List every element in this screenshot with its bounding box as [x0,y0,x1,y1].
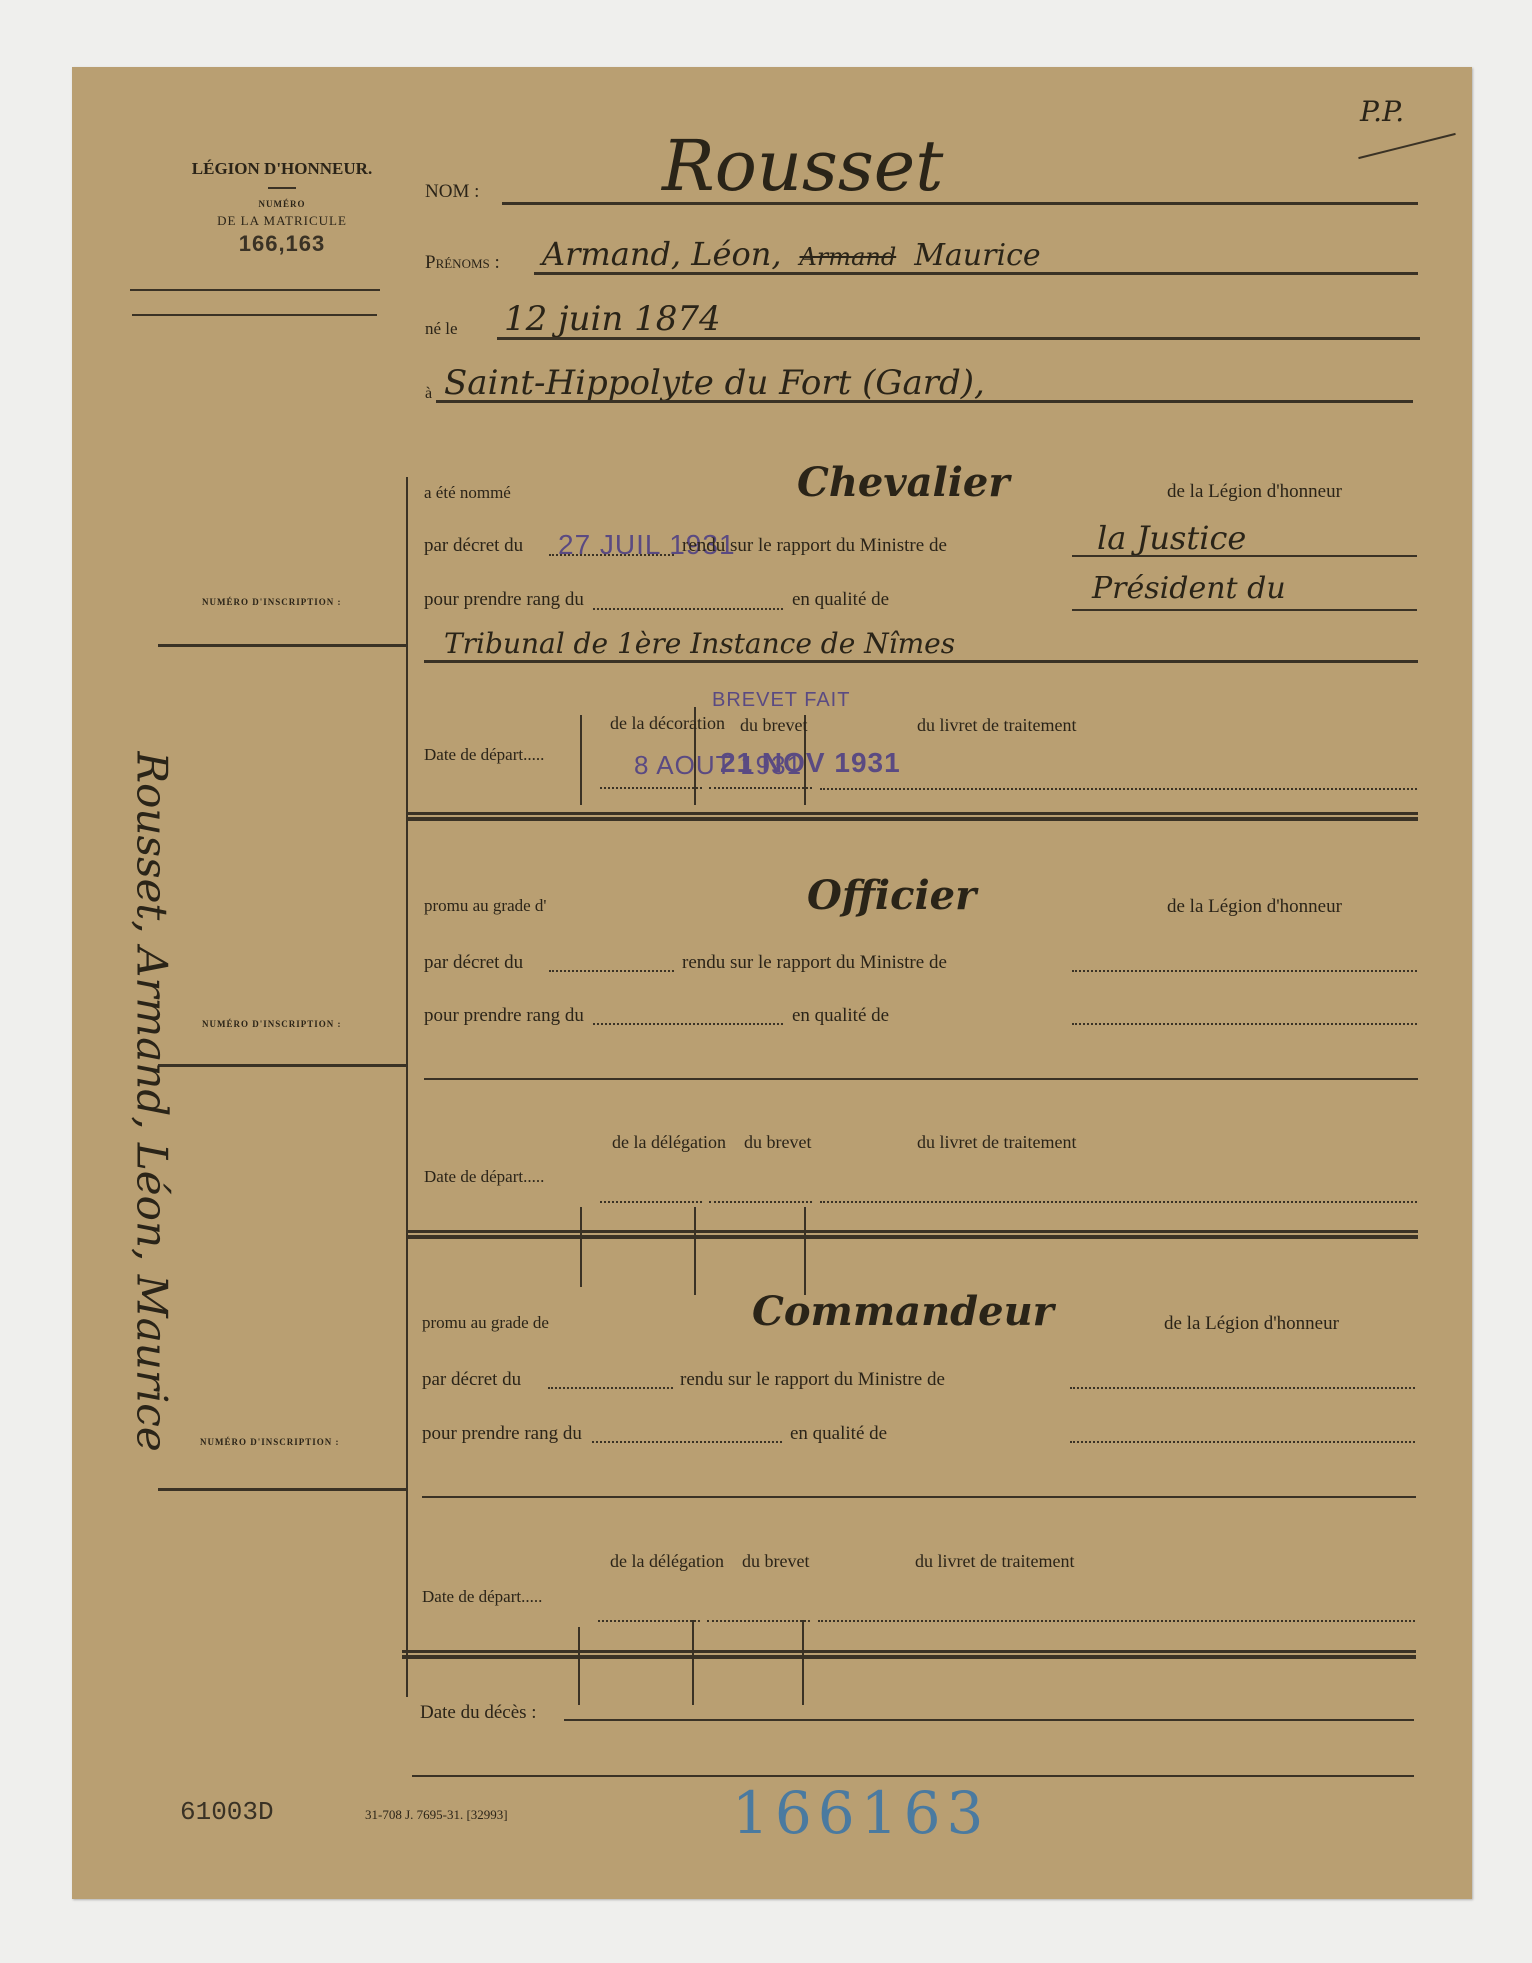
ne-le-label: né le [425,319,458,339]
officier-intro: promu au grade d' [424,896,547,916]
commandeur-col-sep-3 [802,1620,804,1705]
officier-rapport-label: rendu sur le rapport du Ministre de [682,952,947,974]
commandeur-depart-label: Date de départ..... [422,1587,542,1607]
handwritten-number: 166163 [732,1779,989,1847]
lieu-line [436,400,1413,403]
chevalier-col1-label: de la décoration [610,713,725,734]
chevalier-col2-label: du brevet [740,715,807,736]
commandeur-decret-line [548,1387,673,1389]
chevalier-qualite-label: en qualité de [792,589,889,611]
left-section-divider [406,477,408,1697]
bottom-code: 61003D [180,1797,274,1827]
commandeur-grade: Commandeur [752,1288,1054,1335]
prenoms-struck: Armand [800,243,897,271]
commandeur-rapport-line [1070,1387,1415,1389]
commandeur-col2-line [707,1620,810,1622]
chevalier-decret-label: par décret du [424,535,523,557]
prenoms-values: Armand, Léon, Armand Maurice [542,235,1041,273]
chevalier-rang-line [593,608,783,610]
inscription-line-2 [158,1064,408,1067]
chevalier-col2-stamp: BREVET FAIT [712,689,850,712]
inscription-line-3 [158,1488,408,1491]
chevalier-grade: Chevalier [797,459,1009,506]
prenoms-value-2: Maurice [914,238,1040,273]
ne-le-line [497,337,1420,340]
officier-col-sep-1 [580,1207,582,1287]
numero-label: NUMÉRO [132,199,432,209]
commandeur-col2-label: du brevet [742,1551,809,1572]
chevalier-qualite-value: Président du [1092,571,1286,606]
commandeur-qualite-label: en qualité de [790,1423,887,1445]
officier-qualite-label: en qualité de [792,1005,889,1027]
section-divider-1 [406,812,1418,821]
chevalier-rapport-value: la Justice [1097,519,1246,557]
inscription-label-3: NUMÉRO D'INSCRIPTION : [200,1437,340,1447]
chevalier-qualite-line [1072,609,1417,611]
vertical-name: Rousset, Armand, Léon, Maurice [128,752,177,1752]
officier-col3-line [820,1201,1417,1203]
corner-initials: P.P. [1360,95,1404,128]
chevalier-col-sep-1 [580,715,582,805]
lieu-label: à [425,385,432,403]
inscription-line-1 [158,644,408,647]
commandeur-rang-line [592,1441,782,1443]
commandeur-suffix: de la Légion d'honneur [1164,1313,1339,1335]
commandeur-col1-line [598,1620,700,1622]
officier-rang-line [593,1023,783,1025]
inscription-label-2: NUMÉRO D'INSCRIPTION : [202,1019,342,1029]
initials-underline [1358,133,1456,159]
nom-value: Rousset [662,125,943,207]
title-dash [268,187,296,189]
commandeur-intro: promu au grade de [422,1313,549,1333]
matricule-value: 166,163 [132,231,432,257]
officier-col2-line [709,1201,812,1203]
chevalier-rang-label: pour prendre rang du [424,589,584,611]
chevalier-extra-line [424,660,1418,663]
chevalier-depart-label: Date de départ..... [424,745,544,765]
officier-rang-label: pour prendre rang du [424,1005,584,1027]
officier-col1-line [600,1201,702,1203]
officier-col3-label: du livret de traitement [917,1132,1076,1153]
matricule-flourish [132,314,377,316]
prenoms-label: Prénoms : [425,252,500,274]
commandeur-col3-line [818,1620,1415,1622]
officier-col-sep-2 [694,1207,696,1295]
officier-col1-label: de la délégation [612,1132,726,1153]
officier-depart-label: Date de départ..... [424,1167,544,1187]
officier-decret-label: par décret du [424,952,523,974]
deces-line [564,1719,1414,1721]
commandeur-col-sep-2 [692,1620,694,1705]
section-divider-3 [402,1650,1416,1659]
chevalier-col3-label: du livret de traitement [917,715,1076,736]
officier-col2-label: du brevet [744,1132,811,1153]
chevalier-rapport-line [1072,555,1417,557]
commandeur-decret-label: par décret du [422,1369,521,1391]
nom-line [502,202,1418,205]
legion-header: LÉGION D'HONNEUR. NUMÉRO DE LA MATRICULE… [132,159,432,257]
officier-suffix: de la Légion d'honneur [1167,896,1342,918]
chevalier-extra-value: Tribunal de 1ère Instance de Nîmes [444,627,955,660]
officier-qualite-line [1072,1023,1417,1025]
officier-grade: Officier [807,872,976,919]
document-page: LÉGION D'HONNEUR. NUMÉRO DE LA MATRICULE… [72,67,1472,1899]
commandeur-col1-label: de la délégation [610,1551,724,1572]
ne-le-value: 12 juin 1874 [504,299,721,339]
commandeur-rang-label: pour prendre rang du [422,1423,582,1445]
officier-col-sep-3 [804,1207,806,1295]
inscription-label-1: NUMÉRO D'INSCRIPTION : [202,597,342,607]
bottom-line [412,1775,1414,1777]
chevalier-col2-value: 21 NOV 1931 [720,747,901,779]
prenoms-line [534,272,1418,275]
prenoms-value-1: Armand, Léon, [542,235,782,273]
chevalier-suffix: de la Légion d'honneur [1167,481,1342,503]
chevalier-col1-line [600,787,702,789]
lieu-value: Saint-Hippolyte du Fort (Gard), [444,363,985,403]
officier-rapport-line [1072,970,1417,972]
deces-label: Date du décès : [420,1702,537,1724]
chevalier-col2-line [709,787,812,789]
chevalier-col3-line [820,788,1417,790]
officier-decret-line [549,970,674,972]
commandeur-extra-line [422,1496,1416,1498]
commandeur-col-sep-1 [578,1627,580,1705]
section-divider-2 [406,1230,1418,1239]
nom-label: NOM : [425,181,479,203]
print-code: 31-708 J. 7695-31. [32993] [365,1807,508,1823]
chevalier-intro: a été nommé [424,483,511,503]
matricule-label: DE LA MATRICULE [132,213,432,229]
commandeur-rapport-label: rendu sur le rapport du Ministre de [680,1369,945,1391]
commandeur-qualite-line [1070,1441,1415,1443]
officier-extra-line [424,1078,1418,1080]
legion-title: LÉGION D'HONNEUR. [132,159,432,179]
chevalier-rapport-label: rendu sur le rapport du Ministre de [682,535,947,557]
commandeur-col3-label: du livret de traitement [915,1551,1074,1572]
matricule-underline [130,289,380,291]
